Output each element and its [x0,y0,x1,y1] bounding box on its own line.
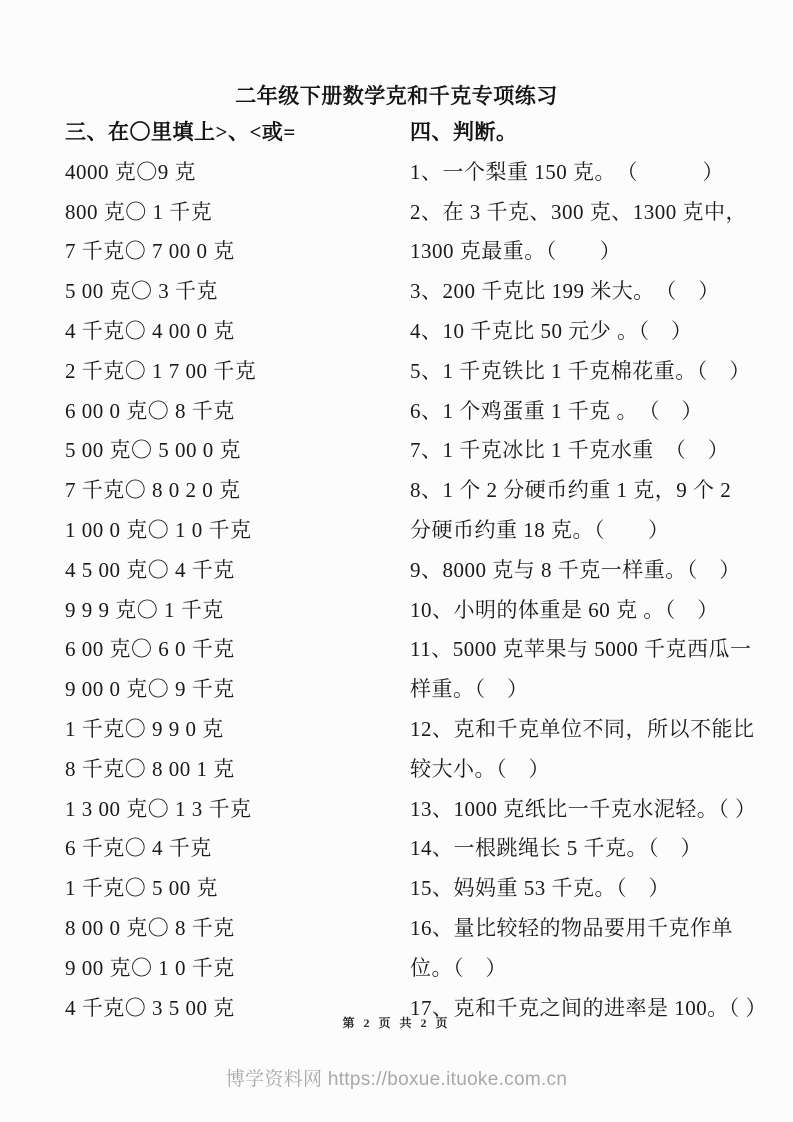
judge-line: 6、1 个鸡蛋重 1 千克 。 （ ） [410,392,767,432]
judge-line: 7、1 千克冰比 1 千克水重 （ ） [410,431,767,471]
judge-line: 8、1 个 2 分硬币约重 1 克，9 个 2 [410,471,767,511]
judge-line: 1、一个梨重 150 克。 （ ） [410,153,767,193]
judge-line: 10、小明的体重是 60 克 。（ ） [410,591,767,631]
worksheet-columns: 三、在〇里填上>、<或= 4000 克〇9 克 800 克〇 1 千克 7 千克… [65,113,763,1028]
compare-item: 2 千克〇 1 7 00 千克 [65,352,410,392]
compare-item: 4 千克〇 4 00 0 克 [65,312,410,352]
judge-line: 12、克和千克单位不同，所以不能比 [410,710,767,750]
judge-line: 15、妈妈重 53 千克。（ ） [410,869,767,909]
worksheet-page: 二年级下册数学克和千克专项练习 三、在〇里填上>、<或= 4000 克〇9 克 … [0,0,793,1122]
judge-line: 较大小。（ ） [410,750,767,790]
section-judge-header: 四、判断。 [410,113,767,153]
compare-item: 4000 克〇9 克 [65,153,410,193]
compare-item: 1 00 0 克〇 1 0 千克 [65,511,410,551]
judge-line: 样重。（ ） [410,670,767,710]
compare-item: 7 千克〇 8 0 2 0 克 [65,471,410,511]
page-title: 二年级下册数学克和千克专项练习 [0,80,793,110]
judge-line: 13、1000 克纸比一千克水泥轻。（ ） [410,790,767,830]
compare-item: 7 千克〇 7 00 0 克 [65,232,410,272]
compare-item: 6 千克〇 4 千克 [65,829,410,869]
judge-line: 16、量比较轻的物品要用千克作单 [410,909,767,949]
compare-item: 6 00 0 克〇 8 千克 [65,392,410,432]
section-compare: 三、在〇里填上>、<或= 4000 克〇9 克 800 克〇 1 千克 7 千克… [65,113,410,1028]
judge-line: 11、5000 克苹果与 5000 千克西瓜一 [410,630,767,670]
judge-line: 5、1 千克铁比 1 千克棉花重。（ ） [410,352,767,392]
page-number: 第 2 页 共 2 页 [0,1014,793,1031]
compare-item: 9 00 克〇 1 0 千克 [65,949,410,989]
compare-item: 4 5 00 克〇 4 千克 [65,551,410,591]
compare-item: 1 千克〇 5 00 克 [65,869,410,909]
compare-item: 5 00 克〇 3 千克 [65,272,410,312]
watermark-url: 博学资料网 https://boxue.ituoke.com.cn [0,1064,793,1091]
judge-line: 4、10 千克比 50 元少 。（ ） [410,312,767,352]
judge-line: 2、在 3 千克、300 克、1300 克中， [410,193,767,233]
compare-item: 5 00 克〇 5 00 0 克 [65,431,410,471]
judge-line: 3、200 千克比 199 米大。 （ ） [410,272,767,312]
judge-line: 9、8000 克与 8 千克一样重。（ ） [410,551,767,591]
judge-line: 分硬币约重 18 克。（ ） [410,511,767,551]
compare-item: 6 00 克〇 6 0 千克 [65,630,410,670]
compare-item: 8 00 0 克〇 8 千克 [65,909,410,949]
judge-line: 位。（ ） [410,949,767,989]
compare-item: 1 千克〇 9 9 0 克 [65,710,410,750]
compare-item: 9 00 0 克〇 9 千克 [65,670,410,710]
section-judge: 四、判断。 1、一个梨重 150 克。 （ ） 2、在 3 千克、300 克、1… [410,113,767,1028]
judge-line: 14、一根跳绳长 5 千克。（ ） [410,829,767,869]
compare-item: 9 9 9 克〇 1 千克 [65,591,410,631]
compare-item: 800 克〇 1 千克 [65,193,410,233]
compare-item: 1 3 00 克〇 1 3 千克 [65,790,410,830]
compare-item: 8 千克〇 8 00 1 克 [65,750,410,790]
judge-line: 1300 克最重。（ ） [410,232,767,272]
section-compare-header: 三、在〇里填上>、<或= [65,113,410,153]
